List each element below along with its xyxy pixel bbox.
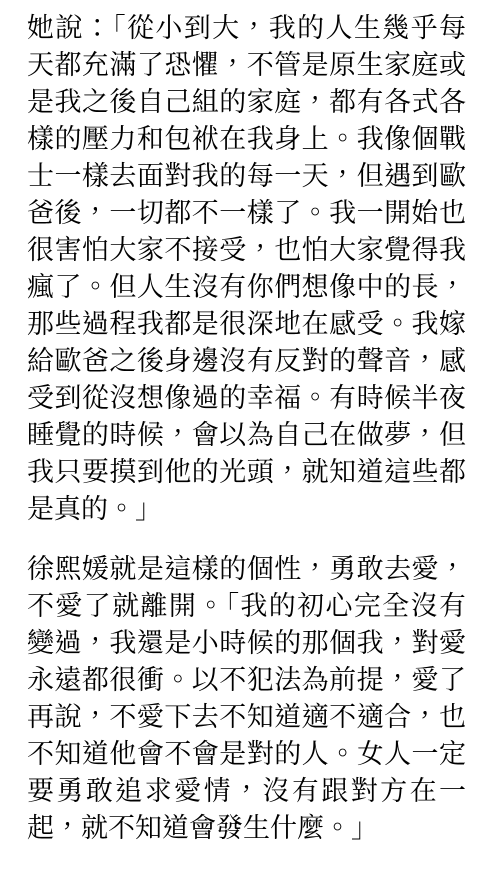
quote-paragraph: 她說：「從小到大，我的人生幾乎每天都充滿了恐懼，不管是原生家庭或是我之後自己組的… — [27, 10, 466, 528]
article-body: 她說：「從小到大，我的人生幾乎每天都充滿了恐懼，不管是原生家庭或是我之後自己組的… — [0, 0, 480, 875]
closing-paragraph: 徐熙媛就是這樣的個性，勇敢去愛，不愛了就離開。「我的初心完全沒有變過，我還是小時… — [27, 551, 466, 847]
